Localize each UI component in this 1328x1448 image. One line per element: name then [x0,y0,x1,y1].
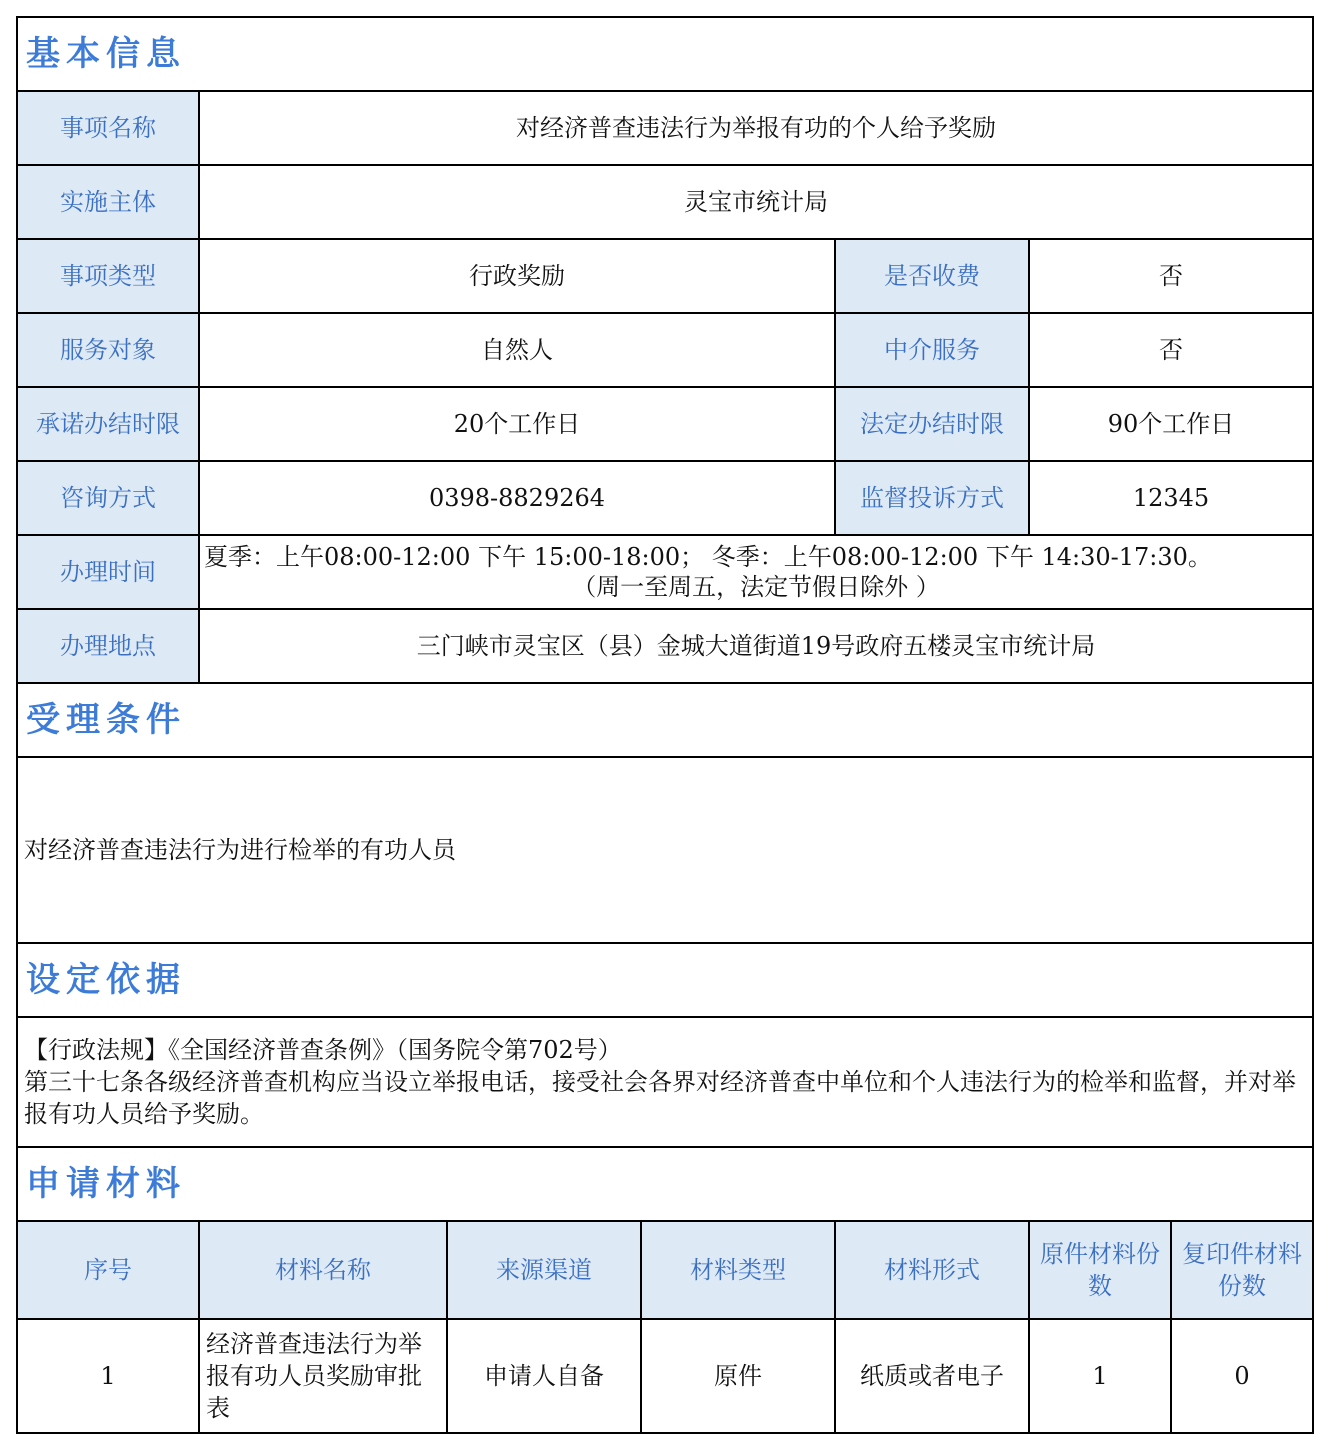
label-fee: 是否收费 [835,239,1029,313]
label-location: 办理地点 [17,609,199,683]
material-form: 纸质或者电子 [835,1319,1029,1433]
hours-seasonal: 夏季：上午08:00-12:00 下午 15:00-18:00； 冬季：上午08… [204,542,1308,572]
value-hours: 夏季：上午08:00-12:00 下午 15:00-18:00； 冬季：上午08… [199,535,1313,609]
label-promised-time: 承诺办结时限 [17,387,199,461]
materials-header-original-count: 原件材料份数 [1029,1221,1171,1319]
materials-header-form: 材料形式 [835,1221,1029,1319]
value-item-type: 行政奖励 [199,239,835,313]
material-copy-count: 0 [1171,1319,1313,1433]
section-title-materials: 申请材料 [17,1147,1313,1221]
label-complaint: 监督投诉方式 [835,461,1029,535]
label-legal-time: 法定办结时限 [835,387,1029,461]
materials-header-source: 来源渠道 [447,1221,641,1319]
materials-header-row: 序号 材料名称 来源渠道 材料类型 材料形式 原件材料份数 复印件材料份数 [17,1221,1313,1319]
hours-note: （周一至周五，法定节假日除外 ） [572,573,940,601]
label-implementer: 实施主体 [17,165,199,239]
material-original-count: 1 [1029,1319,1171,1433]
basis-text: 【行政法规】《全国经济普查条例》（国务院令第702号） 第三十七条各级经济普查机… [17,1017,1313,1147]
value-item-name: 对经济普查违法行为举报有功的个人给予奖励 [199,91,1313,165]
basis-regulation: 【行政法规】《全国经济普查条例》（国务院令第702号） [24,1034,1306,1066]
section-title-basic-info: 基本信息 [17,17,1313,91]
value-location: 三门峡市灵宝区（县）金城大道街道19号政府五楼灵宝市统计局 [199,609,1313,683]
label-intermediary: 中介服务 [835,313,1029,387]
value-consult: 0398-8829264 [199,461,835,535]
value-complaint: 12345 [1029,461,1313,535]
material-source: 申请人自备 [447,1319,641,1433]
material-name: 经济普查违法行为举报有功人员奖励审批表 [199,1319,447,1433]
value-intermediary: 否 [1029,313,1313,387]
label-service-target: 服务对象 [17,313,199,387]
materials-header-type: 材料类型 [641,1221,835,1319]
section-title-basis: 设定依据 [17,943,1313,1017]
material-index: 1 [17,1319,199,1433]
materials-header-name: 材料名称 [199,1221,447,1319]
basis-article: 第三十七条各级经济普查机构应当设立举报电话，接受社会各界对经济普查中单位和个人违… [24,1066,1306,1130]
value-fee: 否 [1029,239,1313,313]
label-item-type: 事项类型 [17,239,199,313]
material-type: 原件 [641,1319,835,1433]
value-service-target: 自然人 [199,313,835,387]
info-table: 基本信息 事项名称 对经济普查违法行为举报有功的个人给予奖励 实施主体 灵宝市统… [16,16,1314,1434]
materials-header-index: 序号 [17,1221,199,1319]
materials-header-copy-count: 复印件材料份数 [1171,1221,1313,1319]
value-implementer: 灵宝市统计局 [199,165,1313,239]
value-legal-time: 90个工作日 [1029,387,1313,461]
section-title-conditions: 受理条件 [17,683,1313,757]
value-promised-time: 20个工作日 [199,387,835,461]
service-item-sheet: 基本信息 事项名称 对经济普查违法行为举报有功的个人给予奖励 实施主体 灵宝市统… [16,16,1312,1434]
conditions-text: 对经济普查违法行为进行检举的有功人员 [17,757,1313,943]
label-item-name: 事项名称 [17,91,199,165]
label-consult: 咨询方式 [17,461,199,535]
label-hours: 办理时间 [17,535,199,609]
table-row: 1 经济普查违法行为举报有功人员奖励审批表 申请人自备 原件 纸质或者电子 1 … [17,1319,1313,1433]
